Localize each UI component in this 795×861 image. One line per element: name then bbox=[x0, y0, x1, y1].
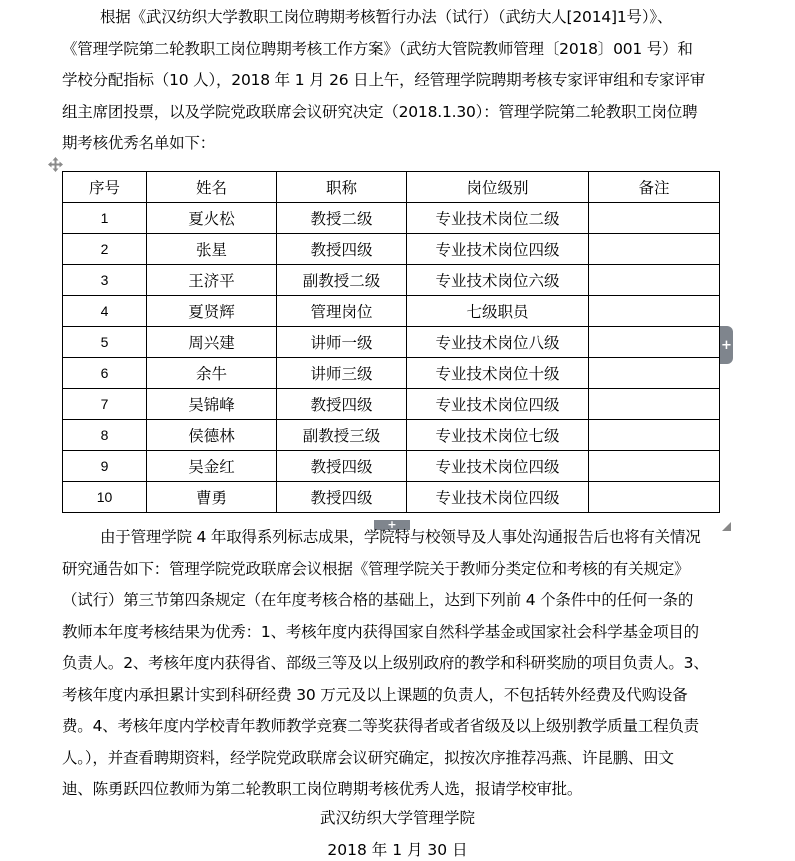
cell-index: 5 bbox=[63, 327, 147, 358]
cell-name: 夏贤辉 bbox=[147, 296, 277, 327]
text-line: 根据《武汉纺织大学教职工岗位聘期考核暂行办法（试行）（武纺大人[2014]1号）… bbox=[62, 2, 732, 34]
cell-remarks bbox=[589, 358, 720, 389]
header-name: 姓名 bbox=[147, 172, 277, 203]
header-remarks: 备注 bbox=[589, 172, 720, 203]
cell-title: 讲师一级 bbox=[277, 327, 407, 358]
table-row: 9 吴金红 教授四级 专业技术岗位四级 bbox=[63, 451, 720, 482]
table-row: 5 周兴建 讲师一级 专业技术岗位八级 bbox=[63, 327, 720, 358]
move-icon bbox=[48, 157, 63, 172]
cell-post-level: 专业技术岗位十级 bbox=[407, 358, 589, 389]
table-row: 8 侯德林 副教授三级 专业技术岗位七级 bbox=[63, 420, 720, 451]
add-row-button[interactable]: + bbox=[720, 326, 733, 364]
table-row: 2 张星 教授四级 专业技术岗位四级 bbox=[63, 234, 720, 265]
cell-name: 周兴建 bbox=[147, 327, 277, 358]
cell-index: 10 bbox=[63, 482, 147, 513]
text-line: 迪、陈勇跃四位教师为第二轮教职工岗位聘期考核优秀人选，报请学校审批。 bbox=[62, 774, 732, 806]
cell-remarks bbox=[589, 327, 720, 358]
cell-name: 吴锦峰 bbox=[147, 389, 277, 420]
table-row: 6 余牛 讲师三级 专业技术岗位十级 bbox=[63, 358, 720, 389]
table-move-handle[interactable] bbox=[48, 157, 63, 172]
body-paragraph: 由于管理学院 4 年取得系列标志成果，学院特与校领导及人事处沟通报告后也将有关情… bbox=[62, 522, 732, 806]
text-line: 学校分配指标（10 人），2018 年 1 月 26 日上午，经管理学院聘期考核… bbox=[62, 65, 732, 97]
cell-remarks bbox=[589, 482, 720, 513]
table-row: 10 曹勇 教授四级 专业技术岗位四级 bbox=[63, 482, 720, 513]
cell-name: 吴金红 bbox=[147, 451, 277, 482]
text-line: 人。），并查看聘期资料，经学院党政联席会议研究确定，拟按次序推荐冯燕、许昆鹏、田… bbox=[62, 743, 732, 775]
cell-index: 6 bbox=[63, 358, 147, 389]
cell-name: 王济平 bbox=[147, 265, 277, 296]
cell-remarks bbox=[589, 234, 720, 265]
text-line: 期考核优秀名单如下： bbox=[62, 128, 732, 160]
cell-name: 侯德林 bbox=[147, 420, 277, 451]
table-row: 4 夏贤辉 管理岗位 七级职员 bbox=[63, 296, 720, 327]
cell-remarks bbox=[589, 451, 720, 482]
cell-title: 教授二级 bbox=[277, 203, 407, 234]
cell-title: 教授四级 bbox=[277, 389, 407, 420]
cell-post-level: 专业技术岗位七级 bbox=[407, 420, 589, 451]
cell-title: 教授四级 bbox=[277, 451, 407, 482]
cell-name: 夏火松 bbox=[147, 203, 277, 234]
cell-name: 曹勇 bbox=[147, 482, 277, 513]
cell-title: 教授四级 bbox=[277, 482, 407, 513]
cell-title: 讲师三级 bbox=[277, 358, 407, 389]
table-row: 3 王济平 副教授二级 专业技术岗位六级 bbox=[63, 265, 720, 296]
intro-paragraph: 根据《武汉纺织大学教职工岗位聘期考核暂行办法（试行）（武纺大人[2014]1号）… bbox=[62, 2, 732, 160]
signature-date: 2018 年 1 月 30 日 bbox=[0, 838, 795, 860]
cell-title: 教授四级 bbox=[277, 234, 407, 265]
cell-post-level: 专业技术岗位四级 bbox=[407, 389, 589, 420]
table-row: 7 吴锦峰 教授四级 专业技术岗位四级 bbox=[63, 389, 720, 420]
text-line: 组主席团投票，以及学院党政联席会议研究决定（2018.1.30）：管理学院第二轮… bbox=[62, 97, 732, 129]
text-line: 考核年度内承担累计实到科研经费 30 万元及以上课题的负责人，不包括转外经费及代… bbox=[62, 680, 732, 712]
cell-post-level: 专业技术岗位四级 bbox=[407, 451, 589, 482]
cell-post-level: 专业技术岗位八级 bbox=[407, 327, 589, 358]
cell-post-level: 七级职员 bbox=[407, 296, 589, 327]
header-title: 职称 bbox=[277, 172, 407, 203]
cell-index: 7 bbox=[63, 389, 147, 420]
text-line: 研究通告如下：管理学院党政联席会议根据《管理学院关于教师分类定位和考核的有关规定… bbox=[62, 554, 732, 586]
cell-post-level: 专业技术岗位二级 bbox=[407, 203, 589, 234]
text-line: 由于管理学院 4 年取得系列标志成果，学院特与校领导及人事处沟通报告后也将有关情… bbox=[62, 522, 732, 554]
header-post-level: 岗位级别 bbox=[407, 172, 589, 203]
table-header-row: 序号 姓名 职称 岗位级别 备注 bbox=[63, 172, 720, 203]
cell-index: 8 bbox=[63, 420, 147, 451]
cell-index: 3 bbox=[63, 265, 147, 296]
cell-post-level: 专业技术岗位六级 bbox=[407, 265, 589, 296]
cell-index: 2 bbox=[63, 234, 147, 265]
cell-remarks bbox=[589, 420, 720, 451]
cell-index: 4 bbox=[63, 296, 147, 327]
cell-title: 管理岗位 bbox=[277, 296, 407, 327]
cell-index: 9 bbox=[63, 451, 147, 482]
cell-remarks bbox=[589, 203, 720, 234]
text-line: 费。4、考核年度内学校青年教师教学竞赛二等奖获得者或者省级及以上级别教学质量工程… bbox=[62, 711, 732, 743]
cell-name: 张星 bbox=[147, 234, 277, 265]
cell-post-level: 专业技术岗位四级 bbox=[407, 482, 589, 513]
text-line: 《管理学院第二轮教职工岗位聘期考核工作方案》（武纺大管院教师管理〔2018〕00… bbox=[62, 34, 732, 66]
text-line: 教师本年度考核结果为优秀：1、考核年度内获得国家自然科学基金或国家社会科学基金项… bbox=[62, 617, 732, 649]
cell-title: 副教授三级 bbox=[277, 420, 407, 451]
cell-remarks bbox=[589, 296, 720, 327]
cell-index: 1 bbox=[63, 203, 147, 234]
header-index: 序号 bbox=[63, 172, 147, 203]
cell-name: 余牛 bbox=[147, 358, 277, 389]
text-line: （试行）第三节第四条规定（在年度考核合格的基础上，达到下列前 4 个条件中的任何… bbox=[62, 585, 732, 617]
plus-icon: + bbox=[721, 338, 732, 353]
text-line: 负责人。2、考核年度内获得省、部级三等及以上级别政府的教学和科研奖励的项目负责人… bbox=[62, 648, 732, 680]
cell-remarks bbox=[589, 389, 720, 420]
cell-remarks bbox=[589, 265, 720, 296]
table-row: 1 夏火松 教授二级 专业技术岗位二级 bbox=[63, 203, 720, 234]
signature-organization: 武汉纺织大学管理学院 bbox=[0, 806, 795, 828]
excellent-staff-table: 序号 姓名 职称 岗位级别 备注 1 夏火松 教授二级 专业技术岗位二级 2 张… bbox=[62, 171, 720, 513]
cell-title: 副教授二级 bbox=[277, 265, 407, 296]
cell-post-level: 专业技术岗位四级 bbox=[407, 234, 589, 265]
